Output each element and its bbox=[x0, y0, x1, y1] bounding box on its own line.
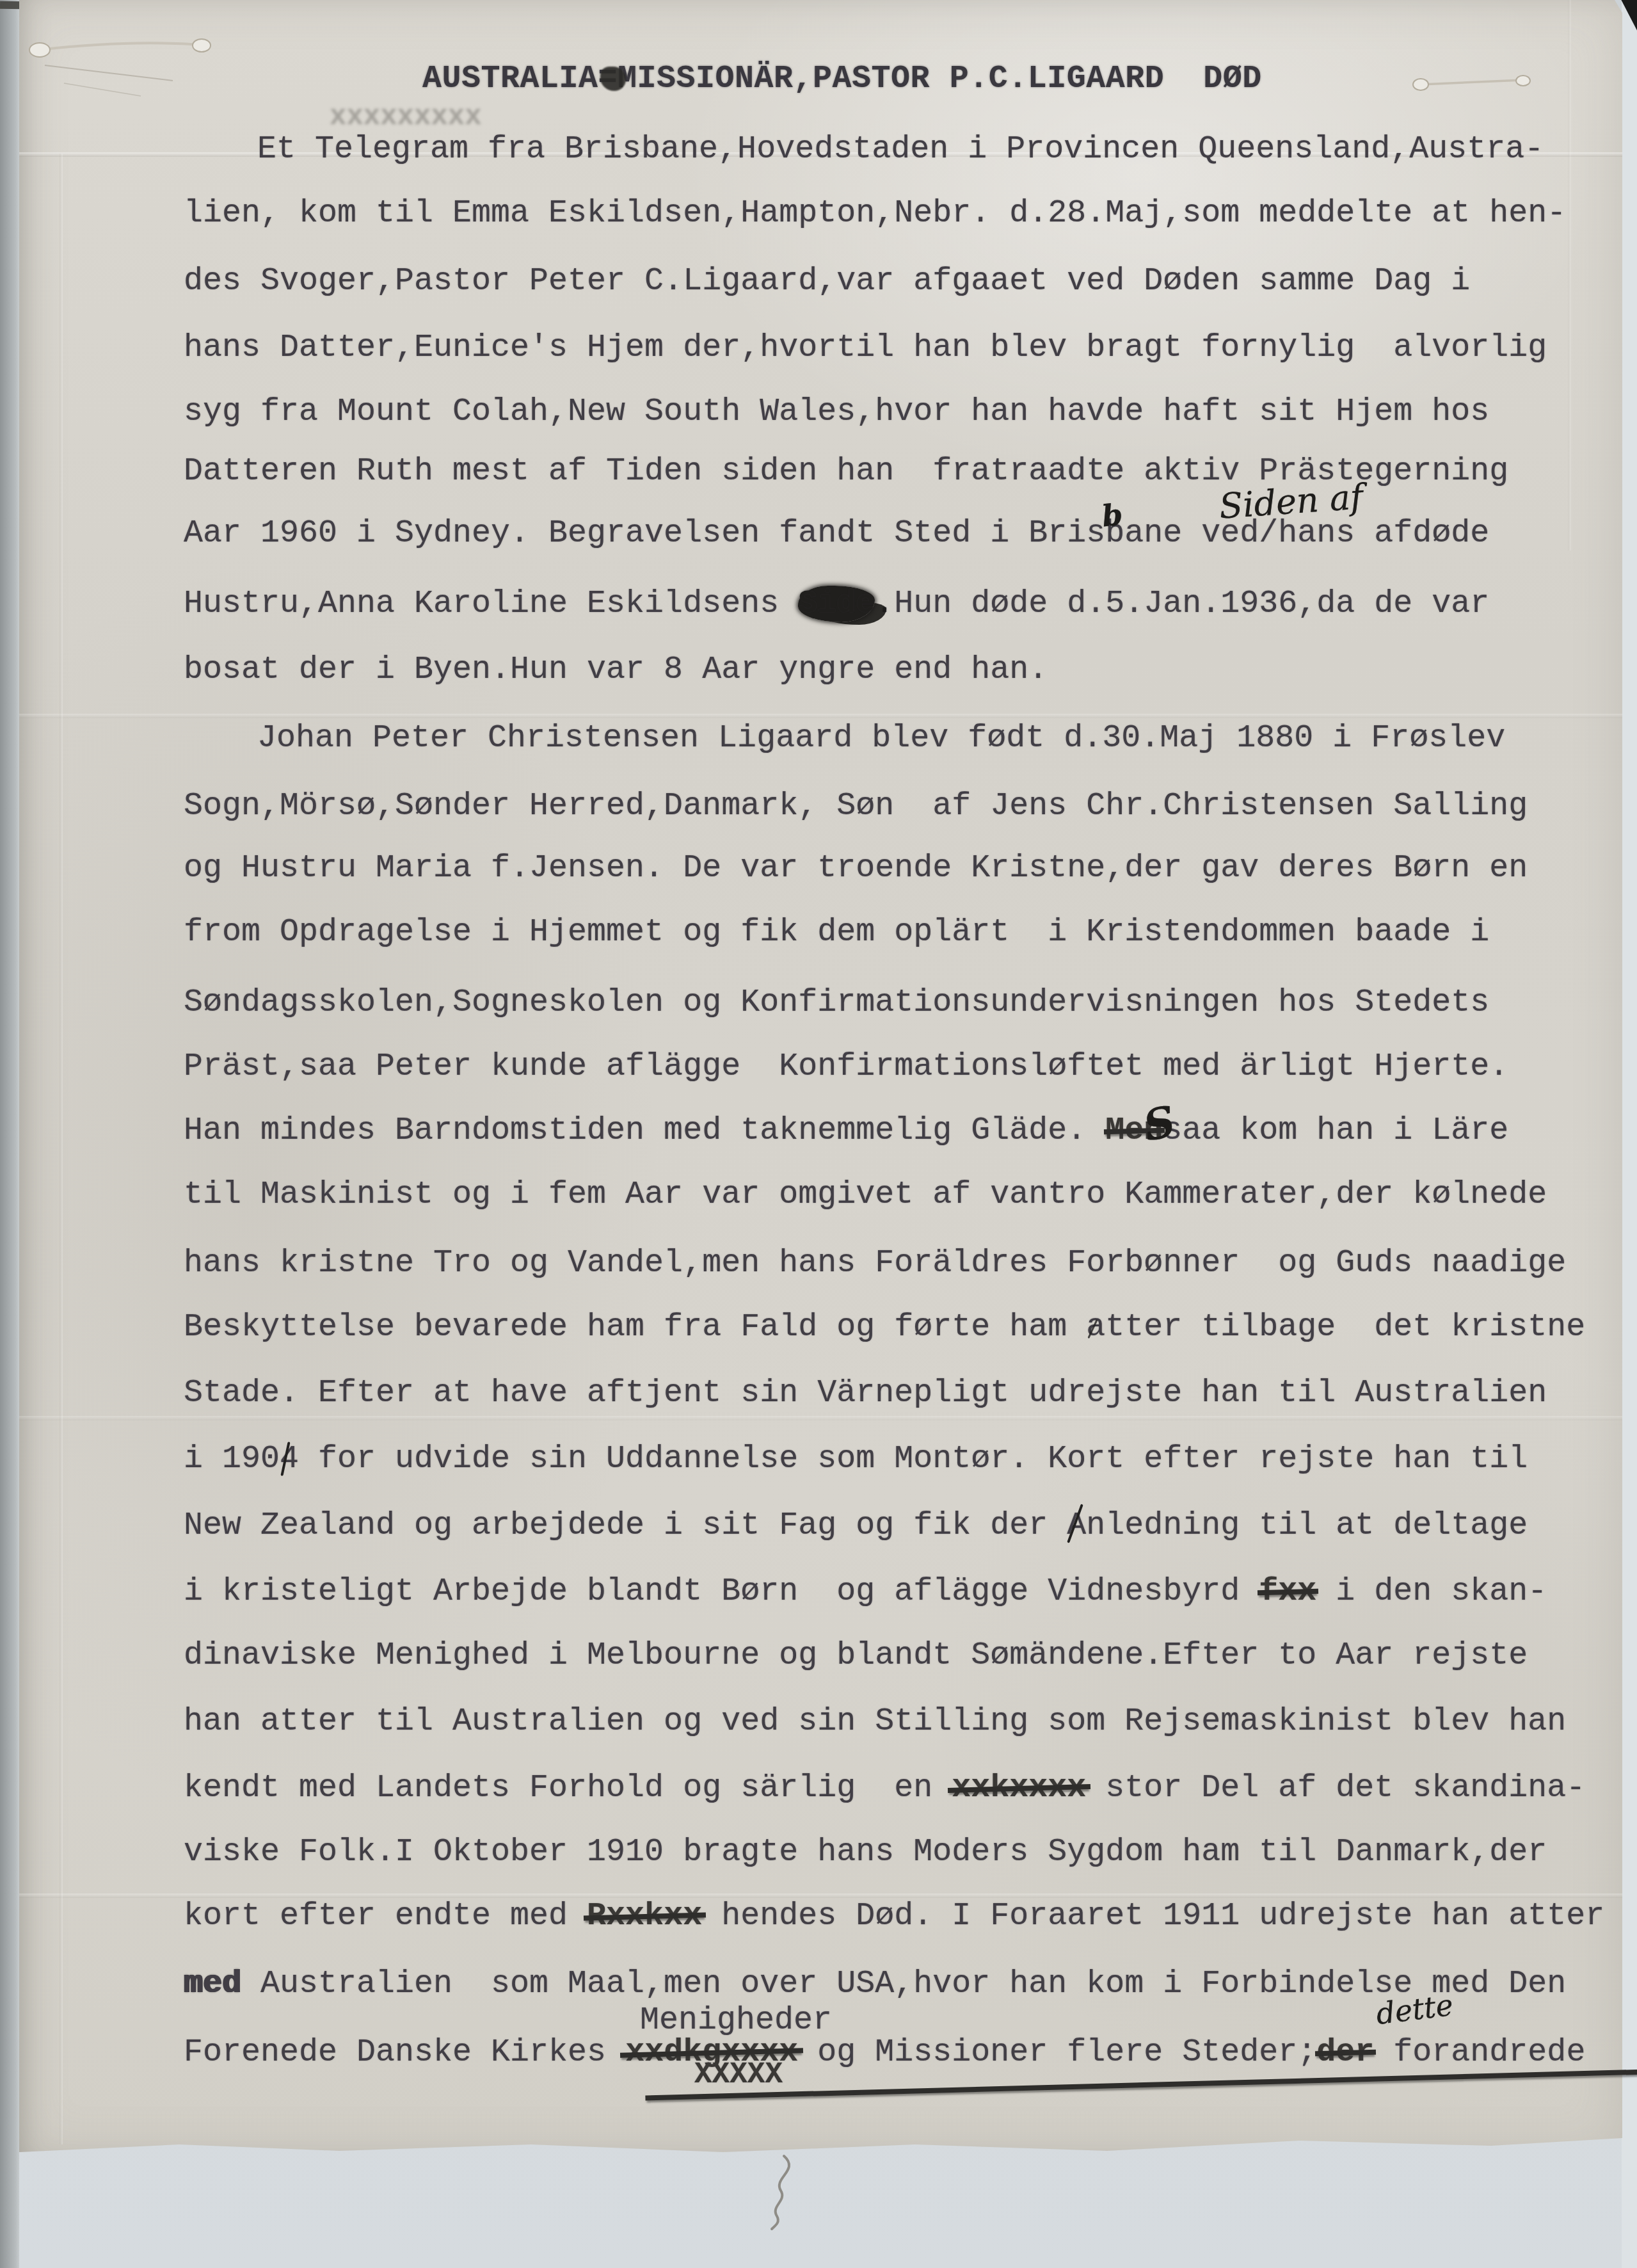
line-text: stor Del af det skandina- bbox=[1086, 1770, 1585, 1806]
line-text: kort efter endte med bbox=[184, 1898, 587, 1934]
body-line: i 1904 for udvide sin Uddannelse som Mon… bbox=[184, 1444, 1528, 1476]
scanner-edge-right bbox=[1622, 0, 1637, 2268]
body-line: til Maskinist og i fem Aar var omgivet a… bbox=[184, 1179, 1547, 1211]
fold-crease bbox=[19, 1416, 1622, 1420]
document-title: AUSTRALIA=MISSIONÄR,PASTOR P.C.LIGAARD D… bbox=[422, 63, 1262, 95]
body-line: from Opdragelse i Hjemmet og fik dem opl… bbox=[184, 917, 1489, 949]
line-text: Australien som Maal,men over USA,hvor ha… bbox=[241, 1966, 1566, 2002]
scanner-edge-left bbox=[0, 0, 19, 2268]
body-line: dinaviske Menighed i Melbourne og blandt… bbox=[184, 1640, 1528, 1672]
erased-text-smudge: xxxxxxxxx bbox=[330, 101, 482, 133]
line-text: Forenede Danske Kirkes bbox=[184, 2034, 625, 2071]
overtype-second-row: XXXXX bbox=[694, 2060, 1637, 2089]
line-text: kendt med Landets Forhold og särlig en bbox=[184, 1770, 952, 1806]
struck-word: xxkxxxx bbox=[952, 1770, 1086, 1806]
staple-mark-top-left bbox=[26, 19, 230, 102]
body-line: des Svoger,Pastor Peter C.Ligaard,var af… bbox=[184, 266, 1470, 298]
fold-crease bbox=[19, 1894, 1622, 1898]
line-text: .Hun døde d.5.Jan.1936,da de var bbox=[875, 586, 1489, 622]
body-line: Søndagsskolen,Sogneskolen og Konfirmatio… bbox=[184, 987, 1489, 1019]
handwritten-b-correction: b bbox=[1100, 497, 1124, 533]
body-line: Johan Peter Christensen Ligaard blev fød… bbox=[184, 723, 1505, 755]
body-line: og Hustru Maria f.Jensen. De var troende… bbox=[184, 853, 1528, 885]
body-line: han atter til Australien og ved sin Stil… bbox=[184, 1706, 1566, 1738]
fold-crease bbox=[19, 714, 1622, 718]
typed-insertion: Menigheder bbox=[640, 2005, 832, 2037]
struck-word: fxx bbox=[1259, 1573, 1316, 1610]
body-line: Aar 1960 i Sydney. Begravelsen fandt Ste… bbox=[184, 518, 1489, 550]
body-line: hans Datter,Eunice's Hjem der,hvortil ha… bbox=[184, 332, 1547, 364]
body-line: bosat der i Byen.Hun var 8 Aar yngre end… bbox=[184, 654, 1048, 686]
body-line: Sogn,Mörsø,Sønder Herred,Danmark, Søn af… bbox=[184, 791, 1528, 823]
scanner-smudge-squiggle bbox=[755, 2152, 806, 2232]
body-line: Präst,saa Peter kunde aflägge Konfirmati… bbox=[184, 1051, 1508, 1083]
overtyped-word: med bbox=[184, 1966, 241, 2002]
body-line: viske Folk.I Oktober 1910 bragte hans Mo… bbox=[184, 1837, 1547, 1869]
inked-out-word: Side bbox=[798, 586, 875, 622]
body-line: Beskyttelse bevarede ham fra Fald og før… bbox=[184, 1312, 1585, 1344]
staple-mark-top-right bbox=[1411, 64, 1533, 102]
scanned-document-page: AUSTRALIA=MISSIONÄR,PASTOR P.C.LIGAARD D… bbox=[0, 0, 1637, 2268]
vertical-crease bbox=[60, 154, 63, 2144]
overstrike-blot bbox=[600, 67, 626, 91]
body-line: New Zealand og arbejdede i sit Fag og fi… bbox=[184, 1510, 1528, 1542]
line-text: Han mindes Barndomstiden med taknemmelig… bbox=[184, 1113, 1105, 1149]
body-line: lien, kom til Emma Eskildsen,Hampton,Neb… bbox=[184, 198, 1566, 230]
body-line: med Australien som Maal,men over USA,hvo… bbox=[184, 1968, 1566, 2000]
line-text: i den skan- bbox=[1316, 1573, 1547, 1610]
body-line: Han mindes Barndomstiden med taknemmelig… bbox=[184, 1115, 1508, 1147]
struck-word: Rxxkxx bbox=[587, 1898, 702, 1934]
vertical-crease bbox=[1568, 0, 1571, 551]
body-line: i kristeligt Arbejde blandt Børn og aflä… bbox=[184, 1576, 1547, 1608]
line-text: saa kom han i Läre bbox=[1163, 1113, 1508, 1149]
body-line: Hustru,Anna Karoline Eskildsens Side.Hun… bbox=[184, 588, 1489, 620]
body-line: Stade. Efter at have aftjent sin Värnepl… bbox=[184, 1378, 1547, 1410]
line-text: Hustru,Anna Karoline Eskildsens bbox=[184, 586, 798, 622]
body-line: kendt med Landets Forhold og särlig en x… bbox=[184, 1773, 1585, 1805]
body-line: kort efter endte med Rxxkxx hendes Død. … bbox=[184, 1901, 1604, 1933]
body-line: syg fra Mount Colah,New South Wales,hvor… bbox=[184, 396, 1489, 428]
line-text: hendes Død. I Foraaret 1911 udrejste han… bbox=[702, 1898, 1604, 1934]
line-text: i kristeligt Arbejde blandt Børn og aflä… bbox=[184, 1573, 1259, 1610]
body-line: Et Telegram fra Brisbane,Hovedstaden i P… bbox=[184, 134, 1544, 166]
body-line: hans kristne Tro og Vandel,men hans Forä… bbox=[184, 1248, 1566, 1280]
